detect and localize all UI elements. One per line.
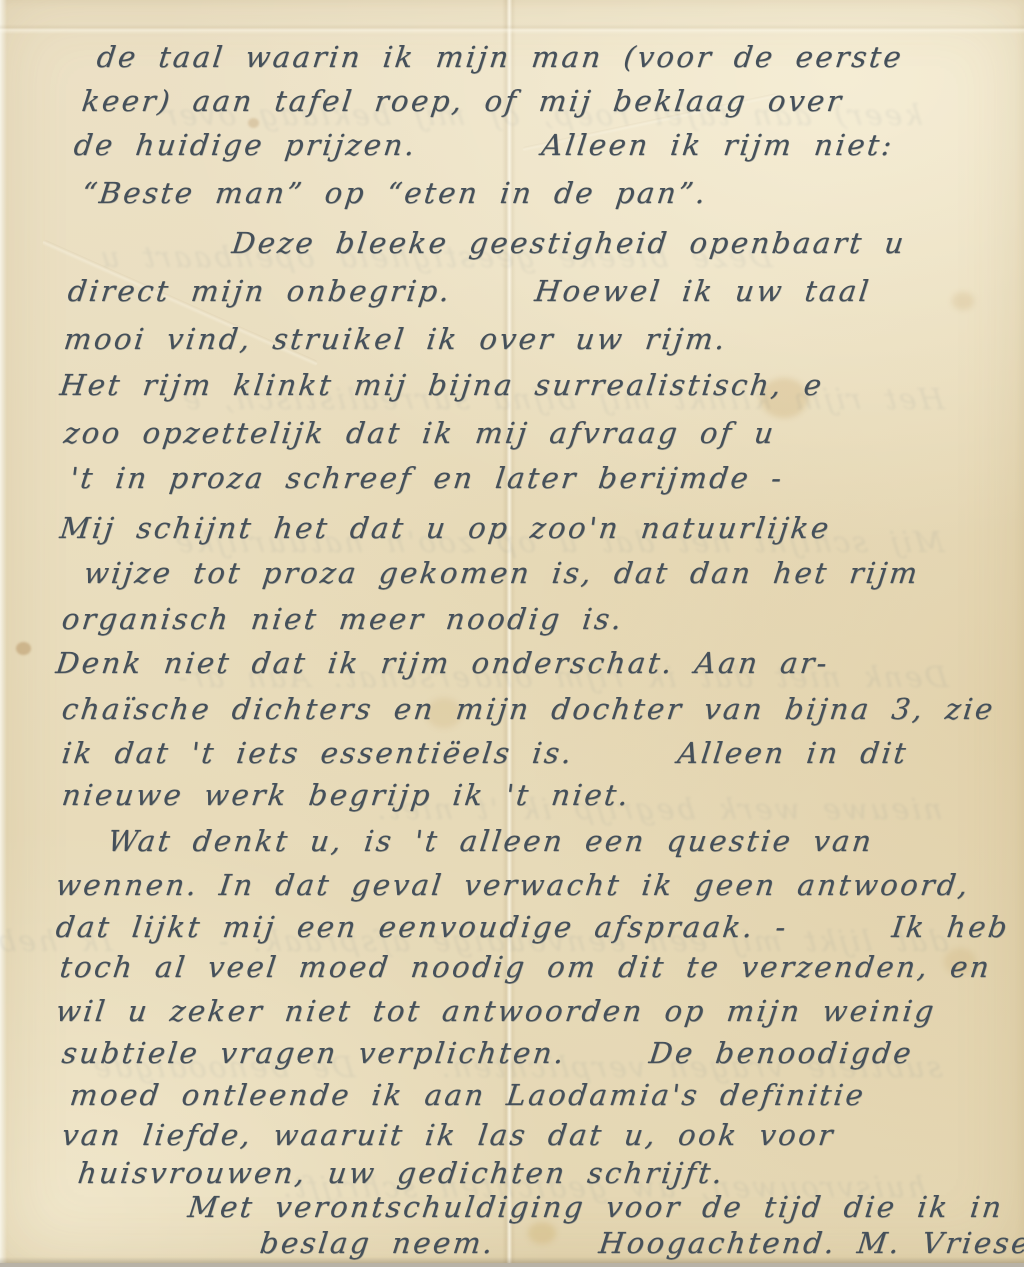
letter-line: Mij schijnt het dat u op zoo'n natuurlij… — [58, 511, 833, 545]
letter-line: zoo opzettelijk dat ik mij afvraag of u — [62, 416, 778, 450]
letter-line: Wat denkt u, is 't alleen een questie va… — [106, 824, 876, 858]
letter-line: toch al veel moed noodig om dit te verze… — [58, 950, 993, 984]
letter-line: subtiele vragen verplichten. De benoodig… — [60, 1036, 915, 1070]
closing-line: Met verontschuldiging voor de tijd die i… — [186, 1190, 1006, 1224]
letter-line: wijze tot proza gekomen is, dat dan het … — [82, 556, 922, 590]
letter-line: wennen. In dat geval verwacht ik geen an… — [54, 868, 972, 902]
letter-line: Het rijm klinkt mij bijna surrealistisch… — [58, 368, 826, 402]
letter-line: direct mijn onbegrip. Hoewel ik uw taal — [66, 274, 873, 308]
letter-line: huisvrouwen, uw gedichten schrijft. — [76, 1156, 727, 1190]
letter-line: wil u zeker niet tot antwoorden op mijn … — [54, 994, 938, 1028]
letter-line: Deze bleeke geestigheid openbaart u — [230, 226, 908, 260]
signature-line: beslag neem. Hoogachtend. M. Vriesendorp… — [258, 1226, 1024, 1260]
letter-line: mooi vind, struikel ik over uw rijm. — [62, 322, 729, 356]
letter-line: Denk niet dat ik rijm onderschat. Aan ar… — [54, 646, 831, 680]
letter-body: de taal waarin ik mijn man (voor de eers… — [0, 0, 1024, 1263]
letter-line: de taal waarin ik mijn man (voor de eers… — [95, 40, 905, 74]
letter-line: chaïsche dichters en mijn dochter van bi… — [60, 692, 997, 726]
letter-line: keer) aan tafel roep, of mij beklaag ove… — [80, 84, 846, 118]
letter-line: ik dat 't iets essentiëels is. Alleen in… — [60, 736, 910, 770]
letter-line: van liefde, waaruit ik las dat u, ook vo… — [60, 1118, 837, 1152]
letter-line: moed ontleende ik aan Laodamia's definit… — [68, 1078, 868, 1112]
letter-line: dat lijkt mij een eenvoudige afspraak. -… — [54, 910, 1011, 944]
letter-line: “Beste man” op “eten in de pan”. — [80, 176, 710, 210]
letter-line: organisch niet meer noodig is. — [60, 602, 626, 636]
letter-line: 't in proza schreef en later berijmde - — [68, 461, 786, 495]
letter-line: de huidige prijzen. Alleen ik rijm niet: — [72, 128, 896, 162]
letter-line: nieuwe werk begrijp ik 't niet. — [60, 778, 633, 812]
letter-paper: keer) aan tafel roep, of mij beklaag ove… — [0, 0, 1024, 1263]
